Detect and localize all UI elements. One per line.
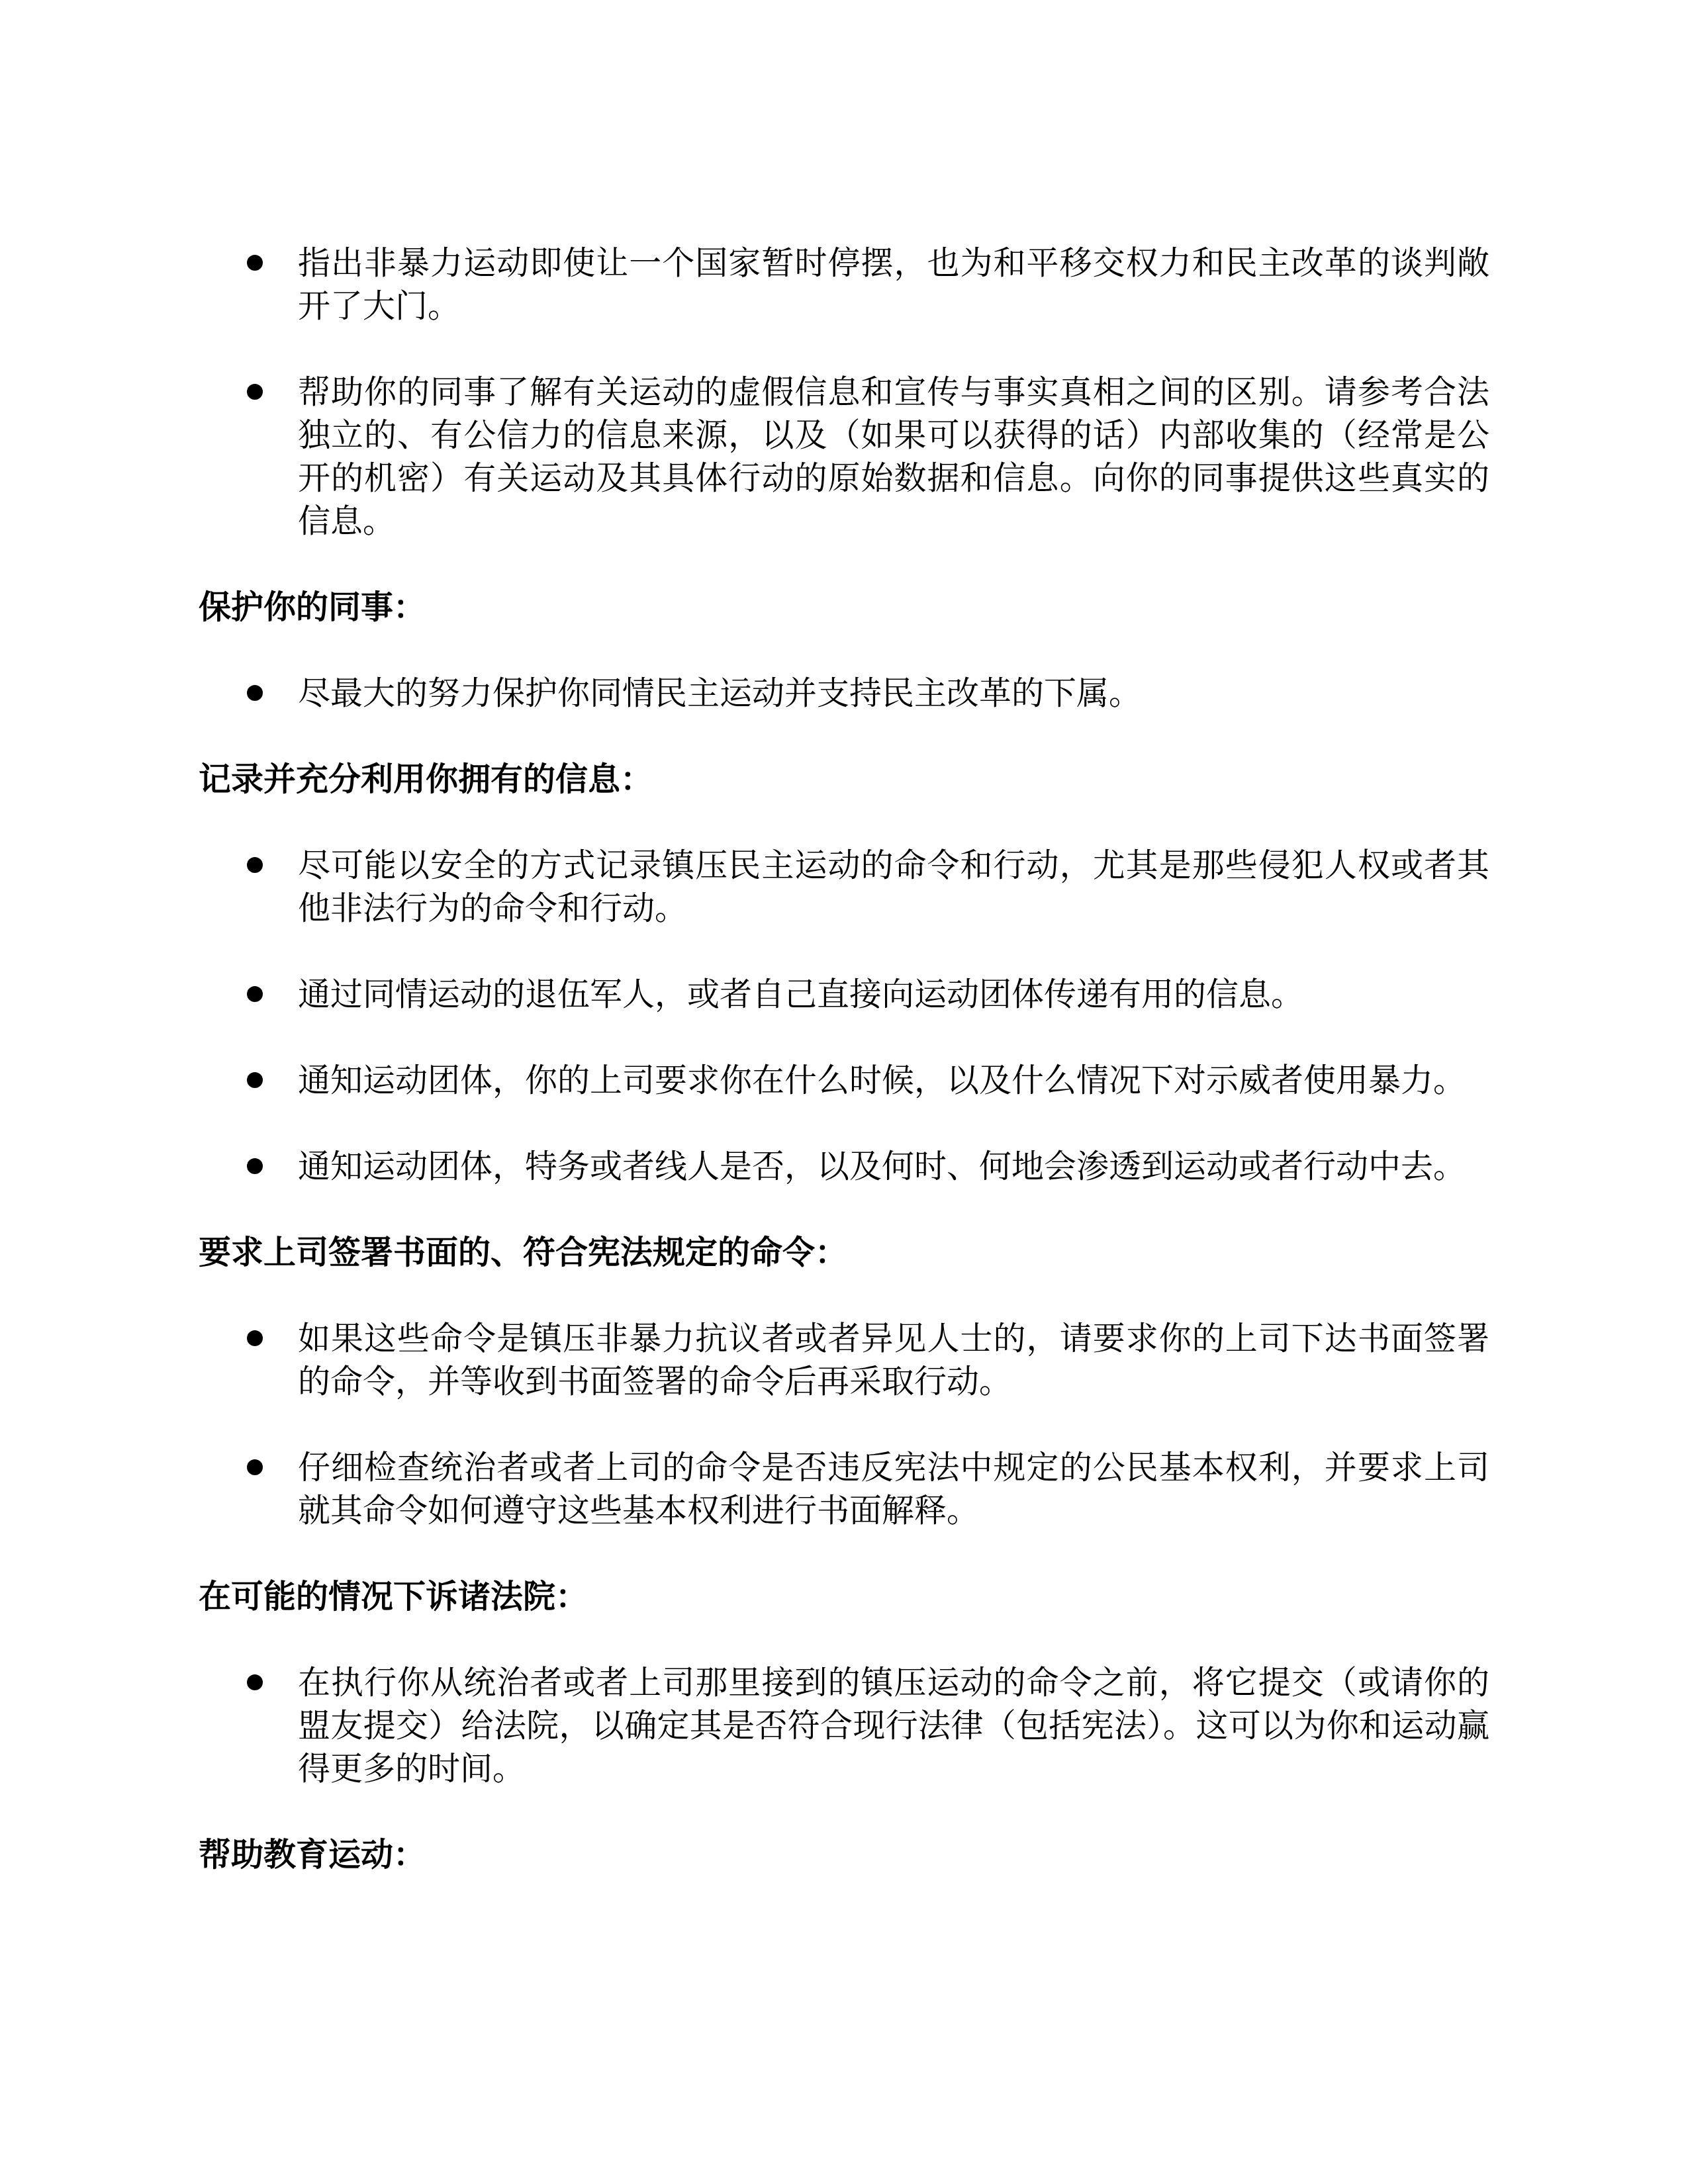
section-heading-text: 在可能的情况下诉诸法院： (199, 1578, 588, 1615)
bullet-item-text: 通知运动团体，你的上司要求你在什么时候，以及什么情况下对示威者使用暴力。 (298, 1059, 1489, 1102)
bullet-item-text: 如果这些命令是镇压非暴力抗议者或者异见人士的，请要求你的上司下达书面签署的命令，… (298, 1317, 1489, 1403)
bullet-dot-icon (247, 384, 263, 400)
section-heading: 帮助教育运动： (199, 1833, 1489, 1876)
bullet-dot-icon (247, 1459, 263, 1475)
bullet-item: 通知运动团体，特务或者线人是否，以及何时、何地会渗透到运动或者行动中去。 (199, 1145, 1489, 1188)
section-heading-text: 保护你的同事： (199, 589, 426, 625)
bullet-dot-icon (247, 685, 263, 701)
bullet-item: 仔细检查统治者或者上司的命令是否违反宪法中规定的公民基本权利，并要求上司就其命令… (199, 1446, 1489, 1532)
document-content: 指出非暴力运动即使让一个国家暂时停摆，也为和平移交权力和民主改革的谈判敞开了大门… (199, 242, 1489, 1919)
bullet-item: 尽可能以安全的方式记录镇压民主运动的命令和行动，尤其是那些侵犯人权或者其他非法行… (199, 844, 1489, 930)
section-heading-text: 记录并充分利用你拥有的信息： (199, 761, 653, 797)
bullet-dot-icon (247, 857, 263, 873)
bullet-dot-icon (247, 1674, 263, 1690)
bullet-item-text: 指出非暴力运动即使让一个国家暂时停摆，也为和平移交权力和民主改革的谈判敞开了大门… (298, 242, 1489, 328)
bullet-item: 如果这些命令是镇压非暴力抗议者或者异见人士的，请要求你的上司下达书面签署的命令，… (199, 1317, 1489, 1403)
bullet-item-text: 通知运动团体，特务或者线人是否，以及何时、何地会渗透到运动或者行动中去。 (298, 1145, 1489, 1188)
bullet-item: 尽最大的努力保护你同情民主运动并支持民主改革的下属。 (199, 672, 1489, 715)
section-heading: 保护你的同事： (199, 586, 1489, 629)
bullet-dot-icon (247, 1072, 263, 1088)
bullet-item-text: 仔细检查统治者或者上司的命令是否违反宪法中规定的公民基本权利，并要求上司就其命令… (298, 1446, 1489, 1532)
bullet-item: 在执行你从统治者或者上司那里接到的镇压运动的命令之前，将它提交（或请你的盟友提交… (199, 1661, 1489, 1790)
bullet-item-text: 通过同情运动的退伍军人，或者自己直接向运动团体传递有用的信息。 (298, 973, 1489, 1016)
section-heading: 在可能的情况下诉诸法院： (199, 1575, 1489, 1618)
bullet-dot-icon (247, 1330, 263, 1346)
page: 指出非暴力运动即使让一个国家暂时停摆，也为和平移交权力和民主改革的谈判敞开了大门… (0, 0, 1688, 2184)
bullet-item: 通知运动团体，你的上司要求你在什么时候，以及什么情况下对示威者使用暴力。 (199, 1059, 1489, 1102)
bullet-dot-icon (247, 1158, 263, 1174)
bullet-item-text: 帮助你的同事了解有关运动的虚假信息和宣传与事实真相之间的区别。请参考合法独立的、… (298, 371, 1489, 543)
bullet-item: 通过同情运动的退伍军人，或者自己直接向运动团体传递有用的信息。 (199, 973, 1489, 1016)
bullet-dot-icon (247, 986, 263, 1002)
section-heading-text: 要求上司签署书面的、符合宪法规定的命令： (199, 1234, 847, 1271)
section-heading-text: 帮助教育运动： (199, 1837, 426, 1873)
bullet-item-text: 在执行你从统治者或者上司那里接到的镇压运动的命令之前，将它提交（或请你的盟友提交… (298, 1661, 1489, 1790)
bullet-item: 帮助你的同事了解有关运动的虚假信息和宣传与事实真相之间的区别。请参考合法独立的、… (199, 371, 1489, 543)
section-heading: 要求上司签署书面的、符合宪法规定的命令： (199, 1231, 1489, 1274)
bullet-item: 指出非暴力运动即使让一个国家暂时停摆，也为和平移交权力和民主改革的谈判敞开了大门… (199, 242, 1489, 328)
bullet-dot-icon (247, 255, 263, 271)
bullet-item-text: 尽可能以安全的方式记录镇压民主运动的命令和行动，尤其是那些侵犯人权或者其他非法行… (298, 844, 1489, 930)
bullet-item-text: 尽最大的努力保护你同情民主运动并支持民主改革的下属。 (298, 672, 1489, 715)
section-heading: 记录并充分利用你拥有的信息： (199, 758, 1489, 801)
